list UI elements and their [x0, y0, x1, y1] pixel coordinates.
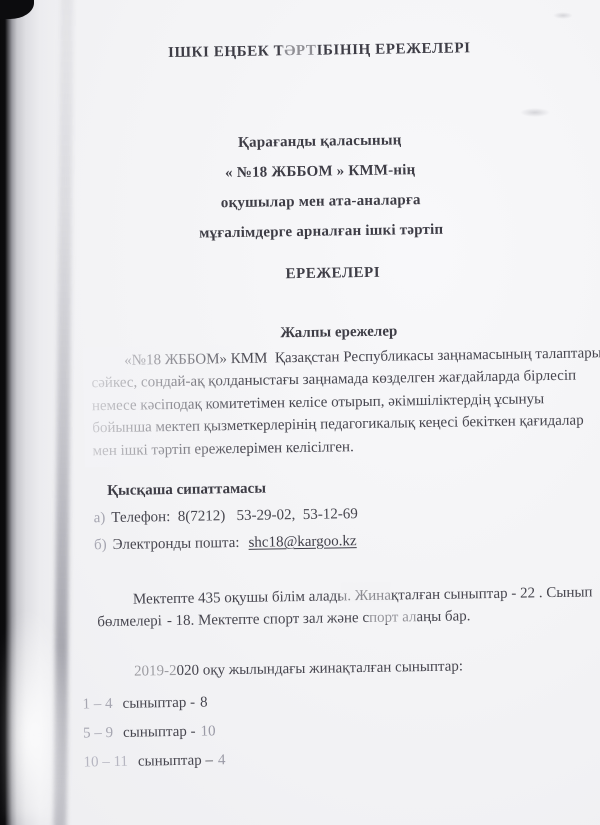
- email-line: б)Электронды пошта:shc18@kargoo.kz: [94, 533, 357, 554]
- class-range: 1 – 4: [82, 696, 112, 712]
- phone-line: а)Телефон: 8(7212) 53-29-02, 53-12-69: [94, 506, 358, 527]
- classes-intro: 2019-2020 оқу жылындағы жинақталған сыны…: [98, 658, 463, 681]
- document-subtitle: ЕРЕЖЕЛЕРІ: [68, 261, 598, 286]
- class-label: сыныптар -: [123, 724, 196, 741]
- general-paragraph: «№18 ЖББОМ» КММ Қазақстан Республикасы з…: [91, 342, 600, 462]
- class-list-item: 5 – 9сыныптар -10: [83, 723, 225, 754]
- email-item-prefix: б): [94, 537, 107, 553]
- class-count: 8: [200, 694, 208, 710]
- class-range: 10 – 11: [83, 754, 128, 771]
- class-count: 10: [200, 723, 215, 739]
- class-list-item: 1 – 4сыныптар -8: [82, 694, 224, 725]
- class-list: 1 – 4сыныптар -8 5 – 9сыныптар -10 10 – …: [82, 694, 225, 783]
- stats-line2-rest: - 18. Мектепте спорт зал және спорт алаң…: [167, 609, 471, 630]
- stats-paragraph: Мектепте 435 оқушы білім алады. Жинақтал…: [97, 581, 593, 634]
- document-title: ІШКІ ЕҢБЕК ТӘРТІБІНІҢ ЕРЕЖЕЛЕРІ: [44, 38, 594, 64]
- class-label: сыныптар -: [122, 695, 195, 712]
- section-heading-general: Жалпы ережелер: [79, 320, 599, 345]
- stats-line2-lead: бөлмелері: [97, 614, 162, 631]
- email-label: Электронды пошта:: [113, 535, 240, 553]
- scanned-document-page: ІШКІ ЕҢБЕК ТӘРТІБІНІҢ ЕРЕЖЕЛЕРІ Қарағанд…: [0, 0, 600, 825]
- phone-value: Телефон: 8(7212) 53-29-02, 53-12-69: [111, 506, 358, 526]
- class-range: 5 – 9: [83, 725, 113, 741]
- document-content: ІШКІ ЕҢБЕК ТӘРТІБІНІҢ ЕРЕЖЕЛЕРІ Қарағанд…: [0, 0, 600, 825]
- email-link[interactable]: shc18@kargoo.kz: [248, 533, 356, 551]
- class-label: сыныптар –: [138, 752, 213, 769]
- class-list-item: 10 – 11сыныптар –4: [83, 752, 225, 783]
- class-count: 4: [218, 752, 226, 768]
- section-heading-contacts: Қысқаша сипаттамасы: [107, 481, 266, 500]
- phone-item-prefix: а): [94, 510, 106, 526]
- heading-block: Қарағанды қаласының « №18 ЖББОМ » КММ-ні…: [44, 122, 598, 251]
